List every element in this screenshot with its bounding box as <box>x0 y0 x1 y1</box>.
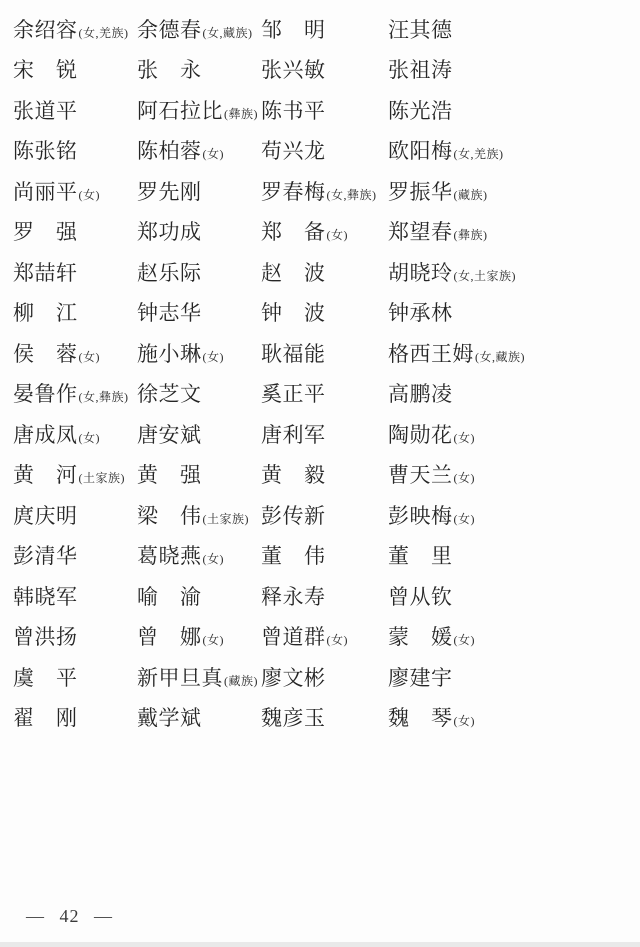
person-name: 赵 波 <box>261 261 326 285</box>
name-entry: 唐成凤(女) <box>13 425 137 446</box>
gender-ethnicity-note: (女) <box>327 228 349 242</box>
name-entry: 廖建宇 <box>388 668 627 689</box>
person-name: 曾从钦 <box>388 585 453 609</box>
person-name: 余德春 <box>137 18 202 42</box>
person-name: 梁 伟 <box>137 504 202 528</box>
name-entry: 苟兴龙 <box>261 141 388 162</box>
person-name: 庹庆明 <box>13 504 78 528</box>
name-entry: 格西王姆(女,藏族) <box>388 344 627 365</box>
person-name: 罗春梅 <box>261 180 326 204</box>
person-name: 陈张铭 <box>13 139 78 163</box>
gender-ethnicity-note: (女) <box>454 471 476 485</box>
person-name: 唐成凤 <box>13 423 78 447</box>
name-entry: 张 永 <box>137 60 261 81</box>
person-name: 陈光浩 <box>388 99 453 123</box>
name-entry: 释永寿 <box>261 587 388 608</box>
name-entry: 魏彦玉 <box>261 708 388 729</box>
name-entry: 戴学斌 <box>137 708 261 729</box>
gender-ethnicity-note: (女) <box>79 350 101 364</box>
name-entry: 郑功成 <box>137 222 261 243</box>
person-name: 唐安斌 <box>137 423 202 447</box>
gender-ethnicity-note: (女,藏族) <box>203 26 253 40</box>
person-name: 罗先刚 <box>137 180 202 204</box>
person-name: 彭清华 <box>13 544 78 568</box>
name-entry: 侯 蓉(女) <box>13 344 137 365</box>
name-entry: 黄 强 <box>137 465 261 486</box>
person-name: 张祖涛 <box>388 58 453 82</box>
name-entry: 宋 锐 <box>13 60 137 81</box>
name-entry: 陈张铭 <box>13 141 137 162</box>
gender-ethnicity-note: (女) <box>79 188 101 202</box>
person-name: 郑喆轩 <box>13 261 78 285</box>
gender-ethnicity-note: (女) <box>454 512 476 526</box>
person-name: 高鹏凌 <box>388 382 453 406</box>
name-entry: 高鹏凌 <box>388 384 627 405</box>
name-entry: 赵 波 <box>261 263 388 284</box>
name-entry: 唐利军 <box>261 425 388 446</box>
person-name: 张兴敏 <box>261 58 326 82</box>
person-name: 尚丽平 <box>13 180 78 204</box>
name-entry: 彭清华 <box>13 546 137 567</box>
person-name: 奚正平 <box>261 382 326 406</box>
name-entry: 罗 强 <box>13 222 137 243</box>
gender-ethnicity-note: (藏族) <box>454 188 488 202</box>
name-entry: 邹 明 <box>261 20 388 41</box>
name-entry: 柳 江 <box>13 303 137 324</box>
gender-ethnicity-note: (女) <box>454 431 476 445</box>
name-entry: 廖文彬 <box>261 668 388 689</box>
person-name: 张道平 <box>13 99 78 123</box>
gender-ethnicity-note: (彝族) <box>454 228 488 242</box>
gender-ethnicity-note: (女) <box>454 633 476 647</box>
name-entry: 曾洪扬 <box>13 627 137 648</box>
name-entry: 曾道群(女) <box>261 627 388 648</box>
delegate-name-grid: 余绍容(女,羌族)余德春(女,藏族)邹 明汪其德宋 锐张 永张兴敏张祖涛张道平阿… <box>13 10 627 739</box>
name-entry: 张道平 <box>13 101 137 122</box>
person-name: 宋 锐 <box>13 58 78 82</box>
person-name: 喻 渝 <box>137 585 202 609</box>
name-entry: 黄 毅 <box>261 465 388 486</box>
name-entry: 钟 波 <box>261 303 388 324</box>
person-name: 侯 蓉 <box>13 342 78 366</box>
gender-ethnicity-note: (女,彝族) <box>79 390 129 404</box>
person-name: 苟兴龙 <box>261 139 326 163</box>
person-name: 陈书平 <box>261 99 326 123</box>
person-name: 赵乐际 <box>137 261 202 285</box>
person-name: 彭映梅 <box>388 504 453 528</box>
gender-ethnicity-note: (女) <box>203 633 225 647</box>
name-entry: 徐芝文 <box>137 384 261 405</box>
name-entry: 喻 渝 <box>137 587 261 608</box>
gender-ethnicity-note: (彝族) <box>224 107 258 121</box>
name-entry: 陈光浩 <box>388 101 627 122</box>
person-name: 曾 娜 <box>137 625 202 649</box>
person-name: 阿石拉比 <box>137 99 223 123</box>
person-name: 邹 明 <box>261 18 326 42</box>
person-name: 钟志华 <box>137 301 202 325</box>
name-entry: 余德春(女,藏族) <box>137 20 261 41</box>
gender-ethnicity-note: (女) <box>203 552 225 566</box>
person-name: 罗 强 <box>13 220 78 244</box>
gender-ethnicity-note: (女,土家族) <box>454 269 517 283</box>
name-entry: 余绍容(女,羌族) <box>13 20 137 41</box>
name-entry: 董 里 <box>388 546 627 567</box>
person-name: 陶勋花 <box>388 423 453 447</box>
name-entry: 郑望春(彝族) <box>388 222 627 243</box>
person-name: 曾洪扬 <box>13 625 78 649</box>
person-name: 廖文彬 <box>261 666 326 690</box>
page-bottom-edge <box>0 942 640 947</box>
person-name: 柳 江 <box>13 301 78 325</box>
name-entry: 魏 琴(女) <box>388 708 627 729</box>
document-page: 余绍容(女,羌族)余德春(女,藏族)邹 明汪其德宋 锐张 永张兴敏张祖涛张道平阿… <box>0 0 640 947</box>
person-name: 蒙 媛 <box>388 625 453 649</box>
person-name: 魏彦玉 <box>261 706 326 730</box>
name-entry: 韩晓军 <box>13 587 137 608</box>
page-number: — 42 — <box>26 906 113 927</box>
name-entry: 晏鲁作(女,彝族) <box>13 384 137 405</box>
person-name: 唐利军 <box>261 423 326 447</box>
name-entry: 钟承林 <box>388 303 627 324</box>
person-name: 虞 平 <box>13 666 78 690</box>
name-entry: 罗先刚 <box>137 182 261 203</box>
name-entry: 张祖涛 <box>388 60 627 81</box>
name-entry: 庹庆明 <box>13 506 137 527</box>
person-name: 韩晓军 <box>13 585 78 609</box>
name-entry: 唐安斌 <box>137 425 261 446</box>
gender-ethnicity-note: (土家族) <box>203 512 250 526</box>
person-name: 董 伟 <box>261 544 326 568</box>
person-name: 陈柏蓉 <box>137 139 202 163</box>
person-name: 廖建宇 <box>388 666 453 690</box>
name-entry: 赵乐际 <box>137 263 261 284</box>
name-entry: 曾 娜(女) <box>137 627 261 648</box>
gender-ethnicity-note: (女) <box>454 714 476 728</box>
person-name: 黄 强 <box>137 463 202 487</box>
person-name: 彭传新 <box>261 504 326 528</box>
name-entry: 彭映梅(女) <box>388 506 627 527</box>
person-name: 董 里 <box>388 544 453 568</box>
name-entry: 郑 备(女) <box>261 222 388 243</box>
name-entry: 尚丽平(女) <box>13 182 137 203</box>
person-name: 格西王姆 <box>388 342 474 366</box>
name-entry: 郑喆轩 <box>13 263 137 284</box>
person-name: 黄 河 <box>13 463 78 487</box>
person-name: 翟 刚 <box>13 706 78 730</box>
person-name: 晏鲁作 <box>13 382 78 406</box>
gender-ethnicity-note: (女,羌族) <box>79 26 129 40</box>
gender-ethnicity-note: (藏族) <box>224 674 258 688</box>
person-name: 汪其德 <box>388 18 453 42</box>
name-entry: 钟志华 <box>137 303 261 324</box>
gender-ethnicity-note: (女) <box>203 147 225 161</box>
name-entry: 葛晓燕(女) <box>137 546 261 567</box>
gender-ethnicity-note: (女,彝族) <box>327 188 377 202</box>
person-name: 欧阳梅 <box>388 139 453 163</box>
name-entry: 梁 伟(土家族) <box>137 506 261 527</box>
person-name: 余绍容 <box>13 18 78 42</box>
person-name: 胡晓玲 <box>388 261 453 285</box>
person-name: 耿福能 <box>261 342 326 366</box>
person-name: 葛晓燕 <box>137 544 202 568</box>
gender-ethnicity-note: (女,藏族) <box>475 350 525 364</box>
person-name: 施小琳 <box>137 342 202 366</box>
person-name: 戴学斌 <box>137 706 202 730</box>
person-name: 钟承林 <box>388 301 453 325</box>
person-name: 罗振华 <box>388 180 453 204</box>
gender-ethnicity-note: (女) <box>327 633 349 647</box>
name-entry: 胡晓玲(女,土家族) <box>388 263 627 284</box>
name-entry: 新甲旦真(藏族) <box>137 668 261 689</box>
person-name: 黄 毅 <box>261 463 326 487</box>
name-entry: 虞 平 <box>13 668 137 689</box>
name-entry: 陶勋花(女) <box>388 425 627 446</box>
name-entry: 奚正平 <box>261 384 388 405</box>
name-entry: 曾从钦 <box>388 587 627 608</box>
name-entry: 彭传新 <box>261 506 388 527</box>
name-entry: 汪其德 <box>388 20 627 41</box>
person-name: 徐芝文 <box>137 382 202 406</box>
gender-ethnicity-note: (女) <box>79 431 101 445</box>
name-entry: 罗振华(藏族) <box>388 182 627 203</box>
person-name: 曾道群 <box>261 625 326 649</box>
gender-ethnicity-note: (女,羌族) <box>454 147 504 161</box>
person-name: 新甲旦真 <box>137 666 223 690</box>
name-entry: 张兴敏 <box>261 60 388 81</box>
name-entry: 翟 刚 <box>13 708 137 729</box>
name-entry: 陈书平 <box>261 101 388 122</box>
person-name: 郑 备 <box>261 220 326 244</box>
name-entry: 阿石拉比(彝族) <box>137 101 261 122</box>
person-name: 释永寿 <box>261 585 326 609</box>
name-entry: 董 伟 <box>261 546 388 567</box>
gender-ethnicity-note: (土家族) <box>79 471 126 485</box>
name-entry: 施小琳(女) <box>137 344 261 365</box>
name-entry: 陈柏蓉(女) <box>137 141 261 162</box>
name-entry: 蒙 媛(女) <box>388 627 627 648</box>
name-entry: 罗春梅(女,彝族) <box>261 182 388 203</box>
person-name: 郑望春 <box>388 220 453 244</box>
person-name: 郑功成 <box>137 220 202 244</box>
person-name: 钟 波 <box>261 301 326 325</box>
name-entry: 耿福能 <box>261 344 388 365</box>
name-entry: 曹天兰(女) <box>388 465 627 486</box>
person-name: 曹天兰 <box>388 463 453 487</box>
gender-ethnicity-note: (女) <box>203 350 225 364</box>
name-entry: 欧阳梅(女,羌族) <box>388 141 627 162</box>
person-name: 魏 琴 <box>388 706 453 730</box>
person-name: 张 永 <box>137 58 202 82</box>
name-entry: 黄 河(土家族) <box>13 465 137 486</box>
